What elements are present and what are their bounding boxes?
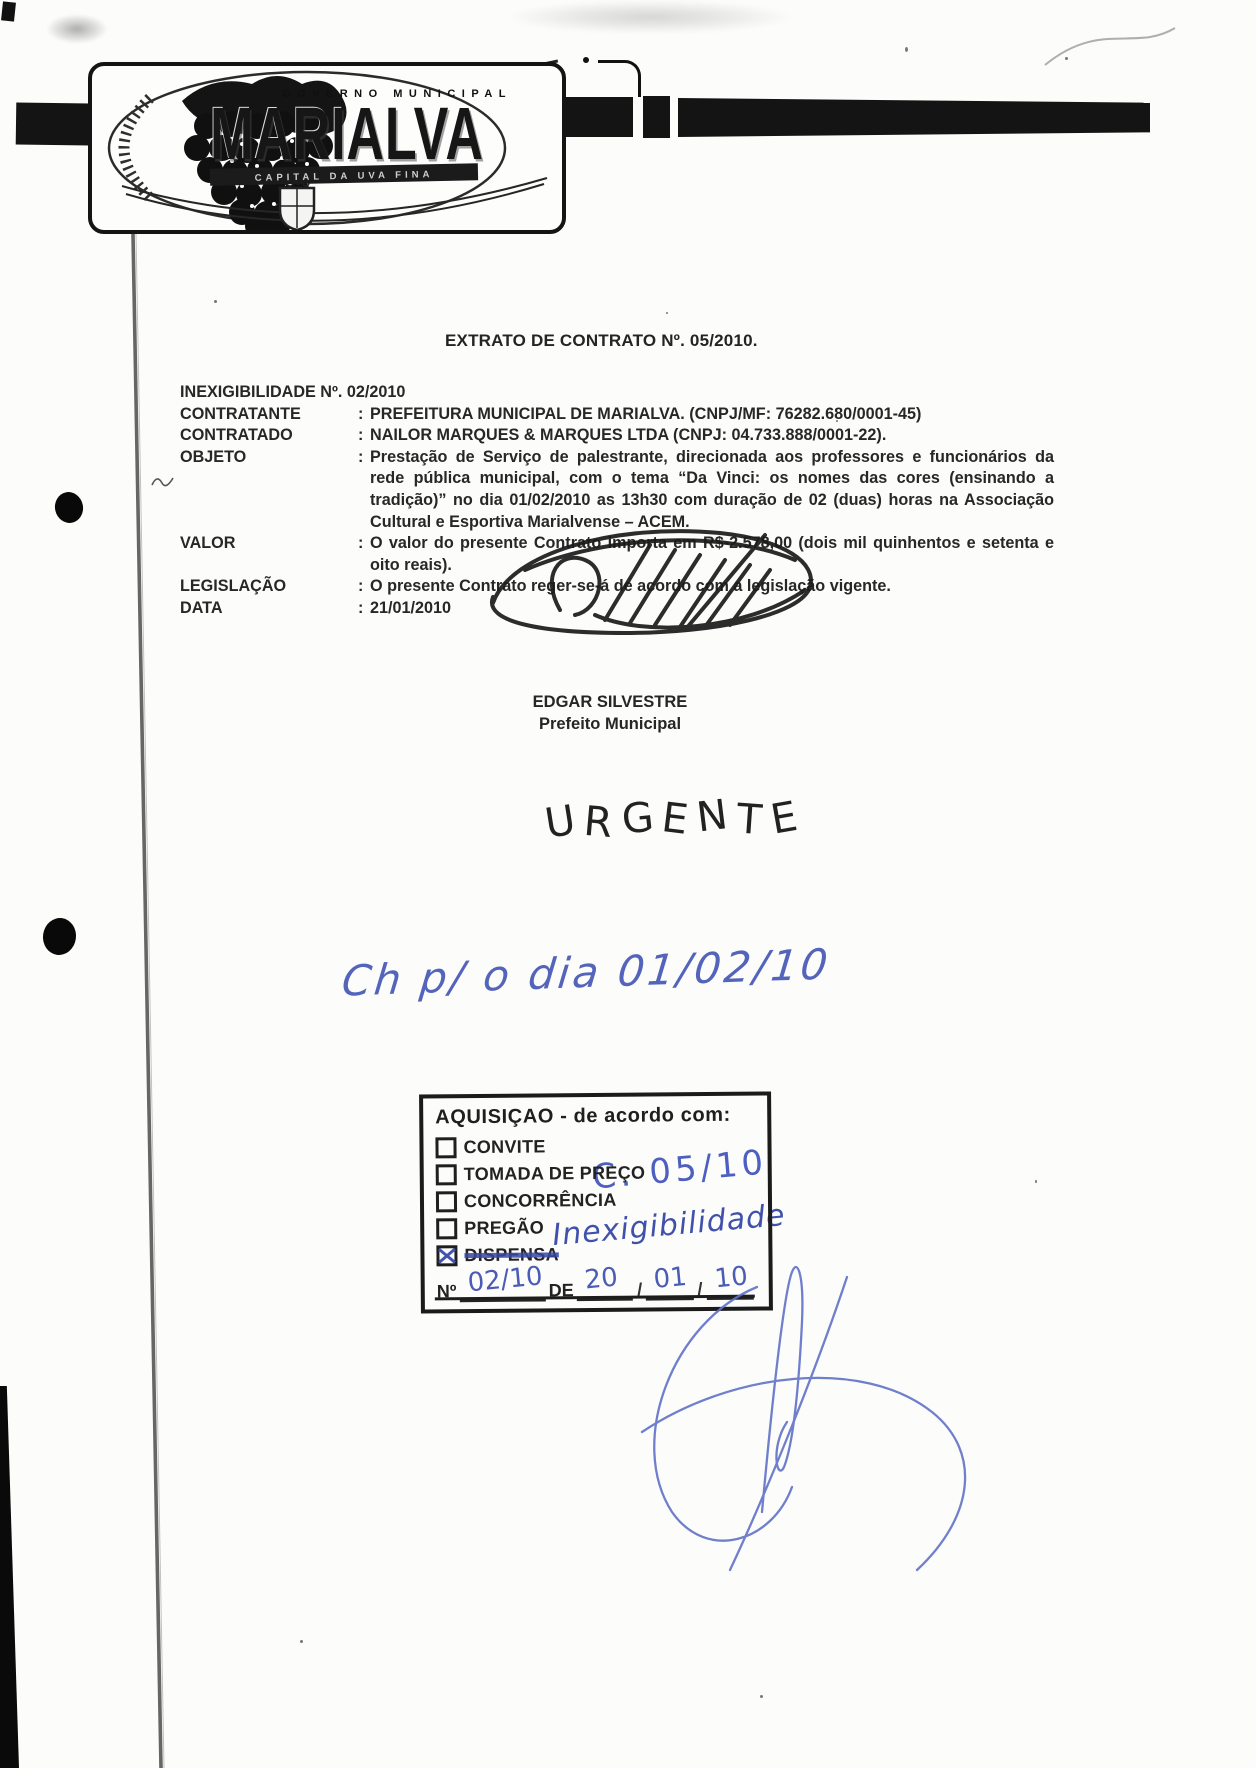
field-label: DATA (180, 598, 358, 620)
contract-field-row: CONTRATANTE : PREFEITURA MUNICIPAL DE MA… (180, 404, 1054, 426)
handwritten-blue-note: Ch p/ o dia 01/02/10 (340, 939, 833, 1005)
signer-block: EDGAR SILVESTRE Prefeito Municipal (450, 691, 770, 735)
hole-punch (52, 489, 86, 525)
urgent-note: URGENTE (545, 793, 807, 846)
handwritten-stamp-number: 02/10 (466, 1261, 543, 1298)
scan-smudge (505, 0, 795, 34)
urgent-letter: U (542, 794, 588, 848)
scanned-document-page: GOVERNO MUNICIPAL MARIALVA CAPITAL DA UV… (0, 0, 1256, 1768)
marialva-logo: GOVERNO MUNICIPAL MARIALVA CAPITAL DA UV… (88, 62, 566, 234)
logo-hatched-arc (124, 98, 150, 198)
logo-banner-text: CAPITAL DA UVA FINA (255, 169, 434, 184)
urgent-letter: R (582, 797, 624, 848)
field-separator: : (358, 533, 370, 555)
document-title: EXTRATO DE CONTRATO Nº. 05/2010. (445, 331, 758, 351)
field-label: LEGISLAÇÃO (180, 576, 358, 598)
stamp-title: AQUISIÇAO - de acordo com: (435, 1104, 755, 1130)
scan-speck (836, 420, 838, 422)
stamp-option-row: CONCORRÊNCIA (436, 1186, 756, 1216)
signer-title: Prefeito Municipal (450, 713, 770, 735)
scan-edge-shadow (0, 1386, 19, 1768)
field-label: CONTRATANTE (180, 404, 358, 426)
stamp-option-row: PREGÃO (436, 1213, 756, 1243)
scan-corner-mark (1, 1, 16, 21)
urgent-letter: E (767, 790, 810, 843)
field-separator: : (358, 404, 370, 426)
field-value: NAILOR MARQUES & MARQUES LTDA (CNPJ: 04.… (370, 425, 1054, 447)
field-separator: : (358, 447, 370, 469)
contract-field-row: CONTRATADO : NAILOR MARQUES & MARQUES LT… (180, 425, 1054, 447)
stamp-option-label: DISPENSA (464, 1244, 559, 1266)
scan-speck (300, 1640, 303, 1643)
stamp-option-label: TOMADA DE PREÇO (464, 1163, 646, 1186)
field-label: OBJETO (180, 447, 358, 469)
stamp-option-row: TOMADA DE PREÇO (436, 1159, 756, 1189)
checkbox-icon (436, 1218, 457, 1239)
mayor-signature (465, 515, 845, 655)
scan-crease (1040, 10, 1240, 80)
header-black-bar (678, 98, 1150, 137)
scan-speck (760, 1695, 763, 1698)
urgent-letter: T (735, 794, 772, 844)
field-label: VALOR (180, 533, 358, 555)
field-label: INEXIGIBILIDADE Nº. 02/2010 (180, 382, 405, 404)
scan-speck (1065, 57, 1068, 60)
field-value: PREFEITURA MUNICIPAL DE MARIALVA. (CNPJ/… (370, 404, 1054, 426)
signer-name: EDGAR SILVESTRE (450, 691, 770, 713)
field-label: CONTRATADO (180, 425, 358, 447)
header-black-bar (565, 97, 633, 137)
checkbox-icon (435, 1137, 456, 1158)
header-black-bar-left (16, 102, 91, 145)
checkbox-icon (436, 1191, 457, 1212)
urgent-letter: N (694, 789, 739, 841)
field-separator: : (358, 425, 370, 447)
stamp-option-label: PREGÃO (464, 1217, 544, 1239)
scan-speck (666, 312, 668, 314)
blue-pen-scribble (612, 1242, 1012, 1572)
field-separator: : (358, 598, 370, 620)
scan-speck (905, 47, 908, 52)
contract-field-row: INEXIGIBILIDADE Nº. 02/2010 (180, 382, 1054, 404)
header-black-bar (643, 96, 670, 138)
checkbox-icon (436, 1245, 457, 1266)
hole-punch (41, 916, 79, 957)
stamp-option-label: CONCORRÊNCIA (464, 1190, 617, 1212)
scan-speck (214, 300, 217, 303)
urgent-letter: G (619, 792, 665, 844)
pen-check-mark (150, 472, 176, 490)
stamp-option-label: CONVITE (463, 1136, 545, 1158)
scan-hook-mark (598, 60, 641, 97)
stamp-option-row: CONVITE (435, 1132, 755, 1162)
field-separator: : (358, 576, 370, 598)
checkbox-icon (436, 1164, 457, 1185)
scan-speck (1035, 1180, 1037, 1183)
scan-smudge (46, 14, 108, 44)
scan-dot-mark (583, 57, 589, 63)
